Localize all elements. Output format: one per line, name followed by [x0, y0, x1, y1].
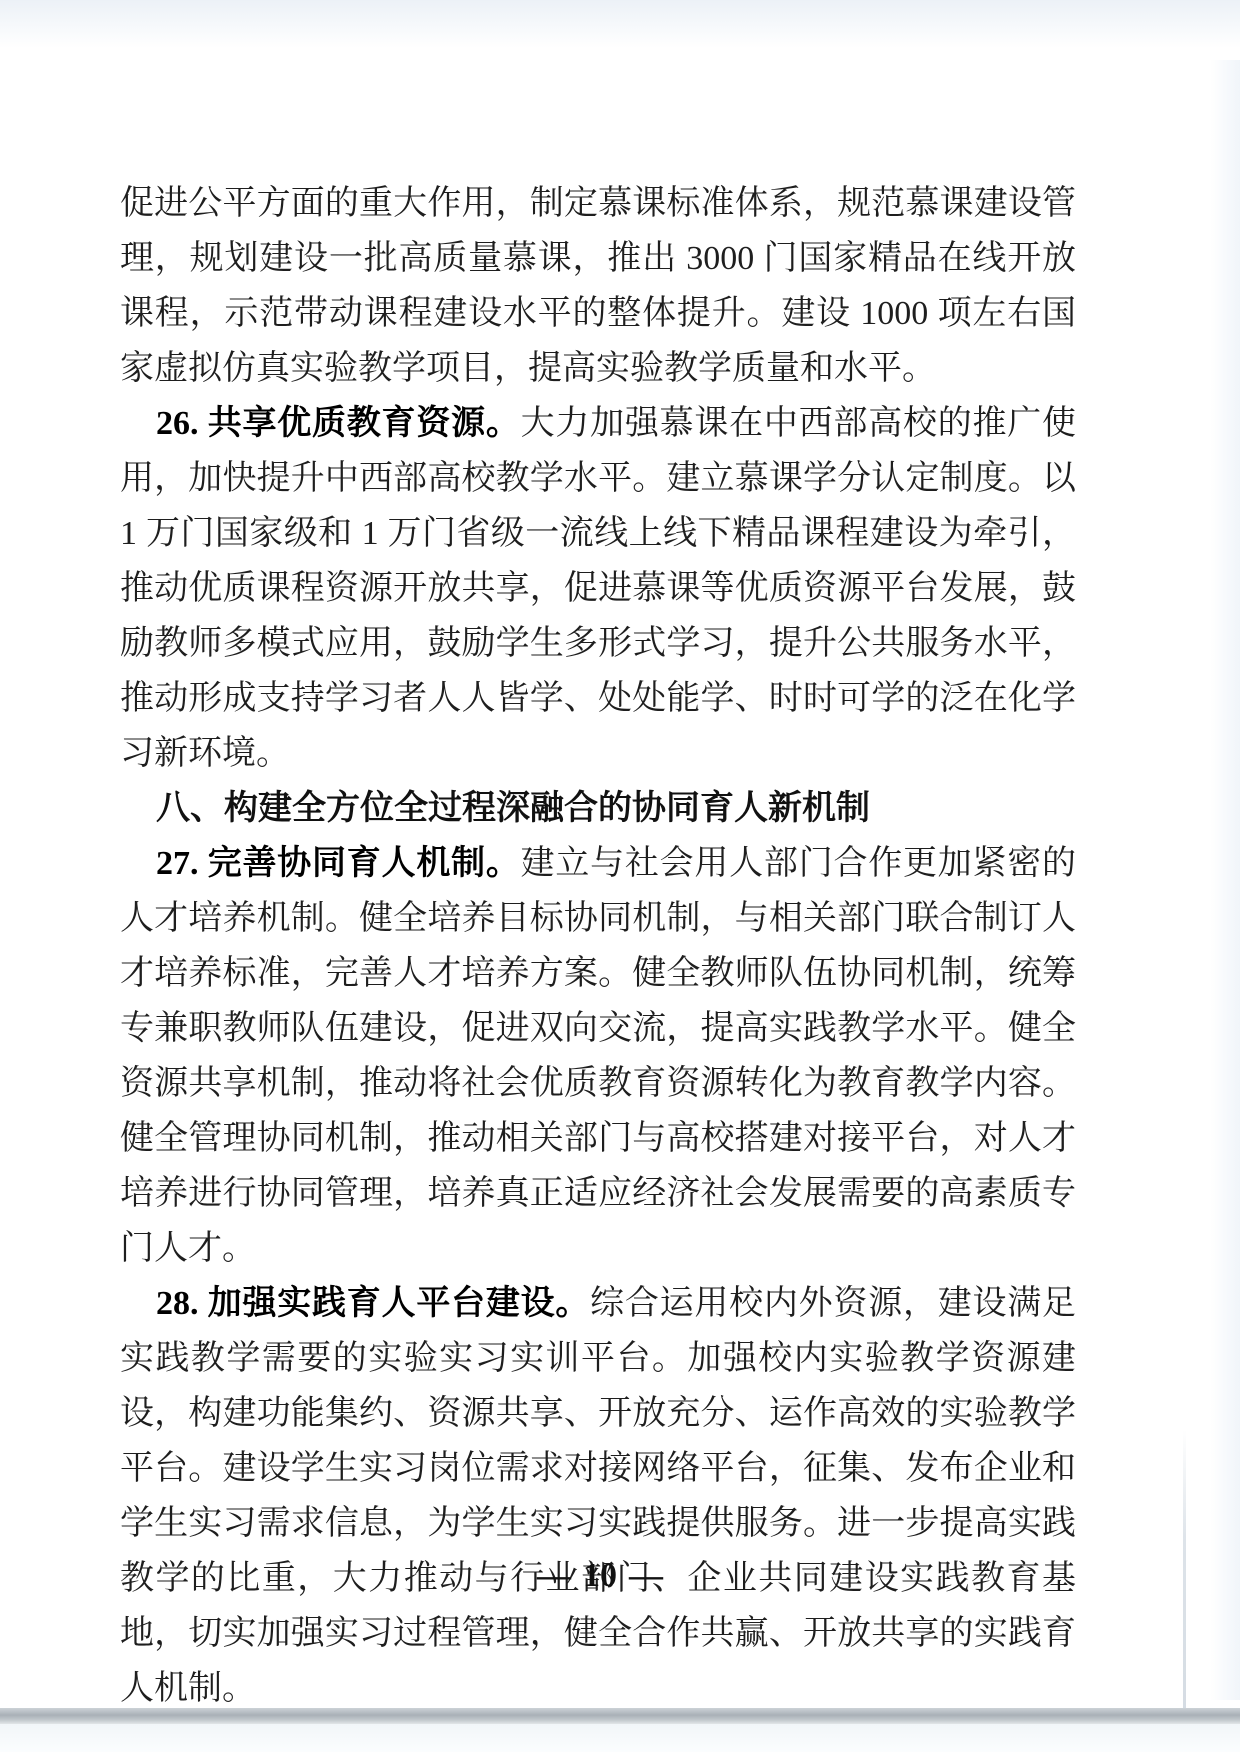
paragraph-lead: 27. 完善协同育人机制。 [156, 845, 521, 882]
scan-underlying-page-edge [1183, 1430, 1186, 1708]
paragraph-lead: 28. 加强实践育人平台建设。 [156, 1285, 590, 1322]
body-paragraph: 促进公平方面的重大作用，制定慕课标准体系，规范慕课建设管理，规划建设一批高质量慕… [120, 176, 1076, 396]
footer-dash-left: — [537, 1557, 571, 1594]
body-paragraph-28: 28. 加强实践育人平台建设。综合运用校内外资源，建设满足实践教学需要的实验实习… [120, 1276, 1076, 1716]
body-paragraph-26: 26. 共享优质教育资源。大力加强慕课在中西部高校的推广使用，加快提升中西部高校… [120, 396, 1076, 781]
paragraph-text: 促进公平方面的重大作用，制定慕课标准体系，规范慕课建设管理，规划建设一批高质量慕… [120, 185, 1076, 387]
footer-dash-right: — [629, 1557, 663, 1594]
paragraph-lead: 26. 共享优质教育资源。 [156, 405, 521, 442]
page-number-footer: —10— [0, 1548, 1200, 1603]
document-page: 促进公平方面的重大作用，制定慕课标准体系，规范慕课建设管理，规划建设一批高质量慕… [0, 0, 1240, 1752]
scan-page-bottom-shadow [0, 1708, 1240, 1724]
page-number: 10 [583, 1557, 617, 1594]
scan-edge-tint [1210, 60, 1240, 1700]
paragraph-text: 综合运用校内外资源，建设满足实践教学需要的实验实习实训平台。加强校内实验教学资源… [120, 1285, 1076, 1707]
document-body: 促进公平方面的重大作用，制定慕课标准体系，规范慕课建设管理，规划建设一批高质量慕… [120, 176, 1076, 1716]
section-heading: 八、构建全方位全过程深融合的协同育人新机制 [120, 781, 1076, 836]
paragraph-text: 建立与社会用人部门合作更加紧密的人才培养机制。健全培养目标协同机制，与相关部门联… [120, 845, 1076, 1267]
paragraph-text: 大力加强慕课在中西部高校的推广使用，加快提升中西部高校教学水平。建立慕课学分认定… [120, 405, 1076, 772]
body-paragraph-27: 27. 完善协同育人机制。建立与社会用人部门合作更加紧密的人才培养机制。健全培养… [120, 836, 1076, 1276]
scan-background-below-page [0, 1724, 1240, 1752]
